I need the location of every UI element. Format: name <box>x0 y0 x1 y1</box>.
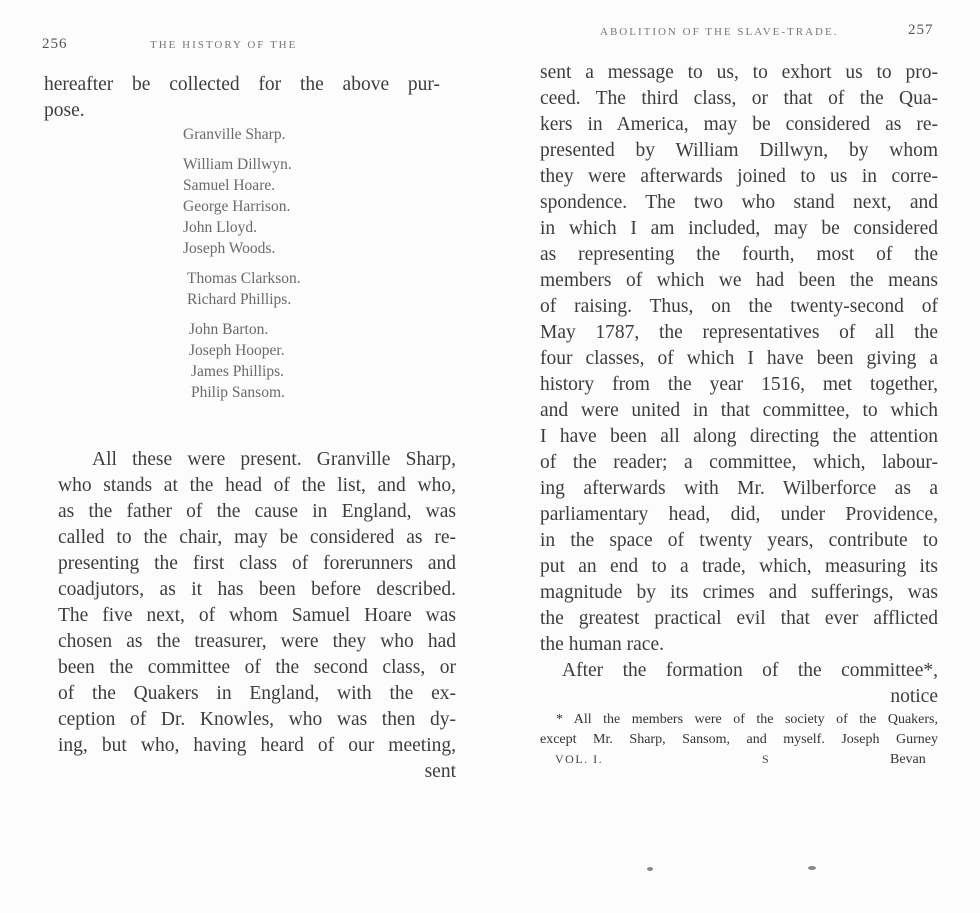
text-line: of the Quakers in England, with the ex- <box>58 681 456 707</box>
committee-name: Philip Sansom. <box>183 382 301 403</box>
committee-name: William Dillwyn. <box>183 154 301 175</box>
catchword: notice <box>540 684 938 710</box>
text-line: four classes, of which I have been givin… <box>540 346 938 372</box>
committee-name: Granville Sharp. <box>183 124 301 145</box>
footnote-catchword: Bevan <box>890 750 926 770</box>
text-line: history from the year 1516, met together… <box>540 372 938 398</box>
text-line: parliamentary head, did, under Providenc… <box>540 502 938 528</box>
ink-speck <box>808 866 816 870</box>
footnote-line: except Mr. Sharp, Sansom, and myself. Jo… <box>540 730 938 750</box>
text-line: of raising. Thus, on the twenty-second o… <box>540 294 938 320</box>
text-line: presenting the first class of forerunner… <box>58 551 456 577</box>
text-line: and were united in that committee, to wh… <box>540 398 938 424</box>
text-line: presented by William Dillwyn, by whom <box>540 138 938 164</box>
committee-names-list: Granville Sharp. William Dillwyn. Samuel… <box>183 124 301 403</box>
footnote-line: * All the members were of the society of… <box>540 710 938 730</box>
text-line: they were afterwards joined to us in cor… <box>540 164 938 190</box>
text-line: hereafter be collected for the above pur… <box>44 72 440 98</box>
text-line: pose. <box>44 98 440 124</box>
text-line: May 1787, the representatives of all the <box>540 320 938 346</box>
text-line: put an end to a trade, which, measuring … <box>540 554 938 580</box>
committee-name: Joseph Woods. <box>183 238 301 259</box>
left-page: 256 THE HISTORY OF THE hereafter be coll… <box>0 0 490 913</box>
text-line: chosen as the treasurer, were they who h… <box>58 629 456 655</box>
text-line: in which I am included, may be considere… <box>540 216 938 242</box>
committee-name: James Phillips. <box>183 361 301 382</box>
opening-text: hereafter be collected for the above pur… <box>44 72 440 124</box>
catchword: sent <box>58 759 456 785</box>
signature-mark: S <box>762 752 770 767</box>
committee-name: Samuel Hoare. <box>183 175 301 196</box>
volume-label: VOL. I. <box>555 752 603 767</box>
committee-name: John Barton. <box>183 319 301 340</box>
page-number: 257 <box>908 22 934 39</box>
text-line: kers in America, may be considered as re… <box>540 112 938 138</box>
text-line: who stands at the head of the list, and … <box>58 473 456 499</box>
text-line: ing afterwards with Mr. Wilberforce as a <box>540 476 938 502</box>
text-line: the greatest practical evil that ever af… <box>540 606 938 632</box>
ink-speck <box>647 867 653 871</box>
text-line: magnitude by its crimes and sufferings, … <box>540 580 938 606</box>
text-line: coadjutors, as it has been before descri… <box>58 577 456 603</box>
text-line: sent a message to us, to exhort us to pr… <box>540 60 938 86</box>
text-line: spondence. The two who stand next, and <box>540 190 938 216</box>
committee-name: Richard Phillips. <box>183 289 301 310</box>
committee-name: Thomas Clarkson. <box>183 268 301 289</box>
running-head: ABOLITION OF THE SLAVE-TRADE. <box>600 26 838 38</box>
text-line: ing, but who, having heard of our meetin… <box>58 733 456 759</box>
committee-name: Joseph Hooper. <box>183 340 301 361</box>
text-line: ception of Dr. Knowles, who was then dy- <box>58 707 456 733</box>
running-head: THE HISTORY OF THE <box>150 39 297 51</box>
text-line: been the committee of the second class, … <box>58 655 456 681</box>
text-line: The five next, of whom Samuel Hoare was <box>58 603 456 629</box>
right-page: ABOLITION OF THE SLAVE-TRADE. 257 sent a… <box>490 0 980 913</box>
committee-name: George Harrison. <box>183 196 301 217</box>
text-line: ceed. The third class, or that of the Qu… <box>540 86 938 112</box>
paragraph: All these were present. Granville Sharp,… <box>58 447 456 785</box>
text-line: members of which we had been the means <box>540 268 938 294</box>
text-line: called to the chair, may be considered a… <box>58 525 456 551</box>
text-line: I have been all along directing the atte… <box>540 424 938 450</box>
text-line: in the space of twenty years, contribute… <box>540 528 938 554</box>
text-line: as the father of the cause in England, w… <box>58 499 456 525</box>
committee-name: John Lloyd. <box>183 217 301 238</box>
text-line: the human race. <box>540 632 938 658</box>
text-line: of the reader; a committee, which, labou… <box>540 450 938 476</box>
paragraph: sent a message to us, to exhort us to pr… <box>540 60 938 710</box>
text-line: After the formation of the committee*, <box>540 658 938 684</box>
text-line: All these were present. Granville Sharp, <box>58 447 456 473</box>
footnote: * All the members were of the society of… <box>540 710 938 750</box>
page-number: 256 <box>42 36 68 53</box>
text-line: as representing the fourth, most of the <box>540 242 938 268</box>
